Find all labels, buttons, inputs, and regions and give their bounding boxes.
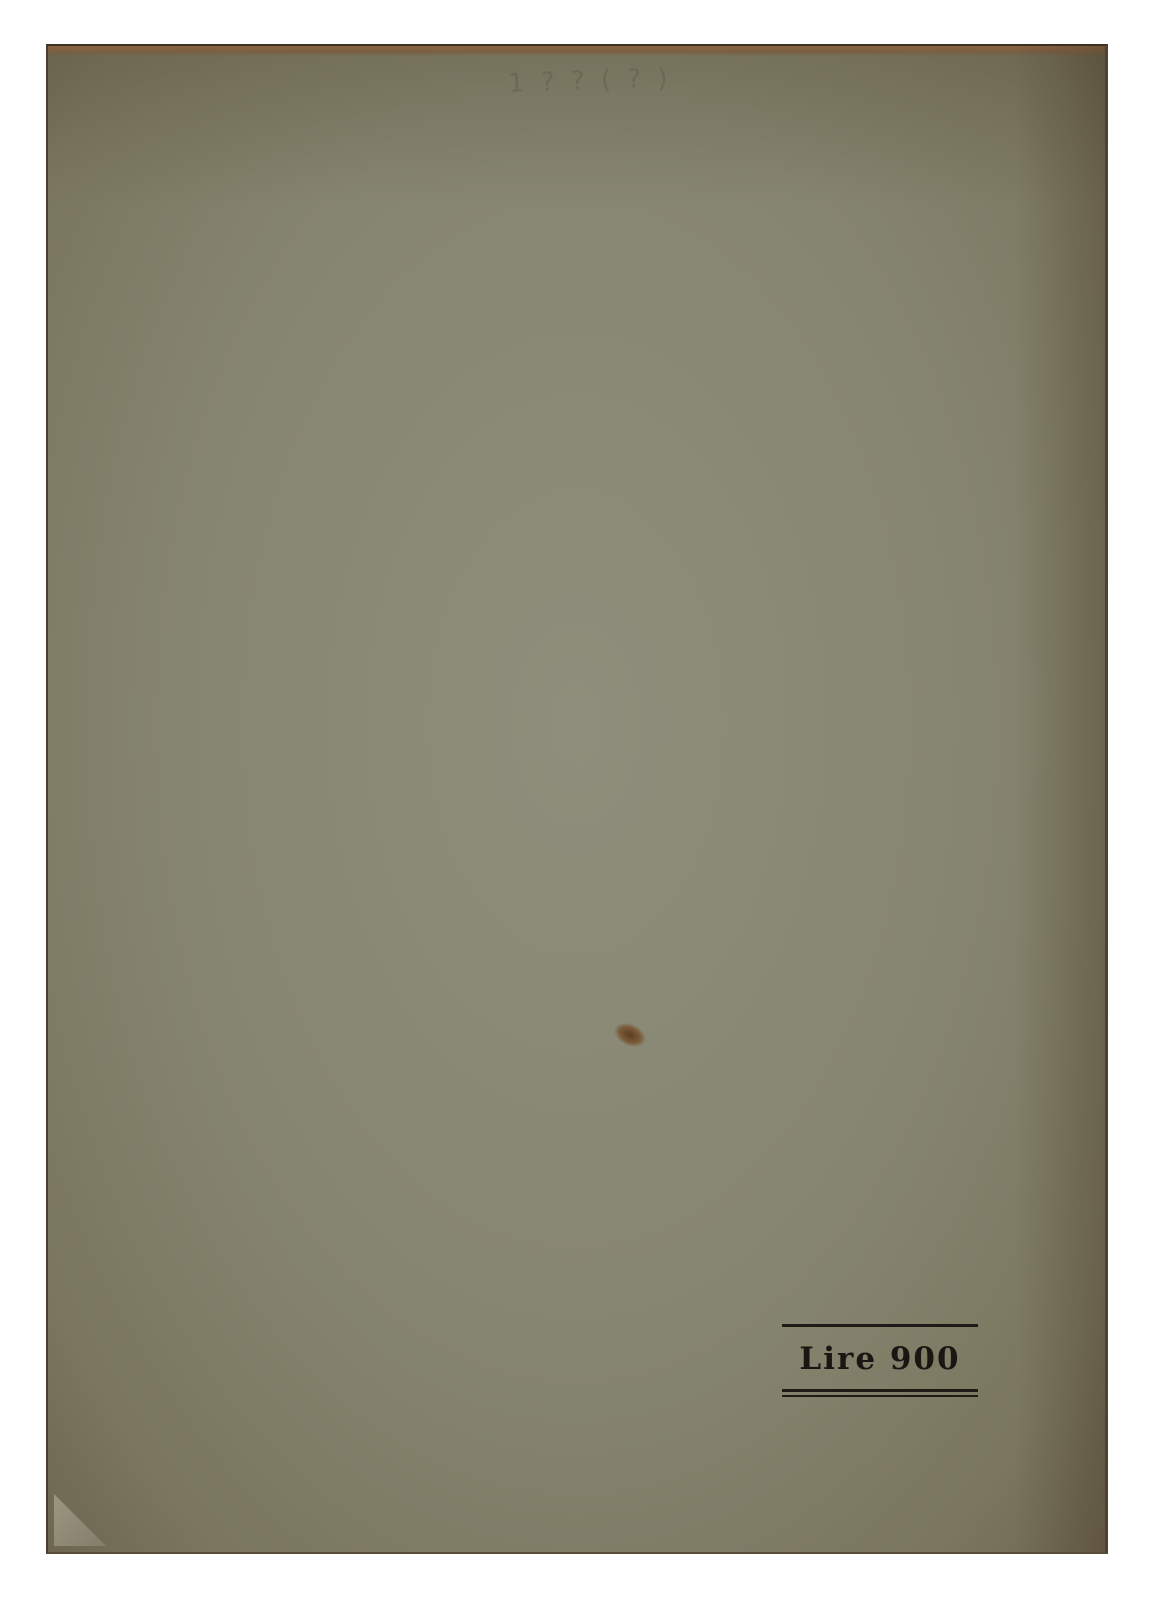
price-rule-bottom-double — [782, 1389, 978, 1397]
price-label: Lire 900 — [782, 1327, 978, 1389]
price-box: Lire 900 — [782, 1324, 978, 1397]
folded-corner — [54, 1494, 106, 1546]
book-back-cover: 1 ? ? ( ? ) Lire 900 — [46, 44, 1108, 1554]
cover-right-shade — [1015, 46, 1105, 1552]
paper-stain — [610, 1018, 650, 1052]
pencil-annotation: 1 ? ? ( ? ) — [508, 63, 673, 99]
